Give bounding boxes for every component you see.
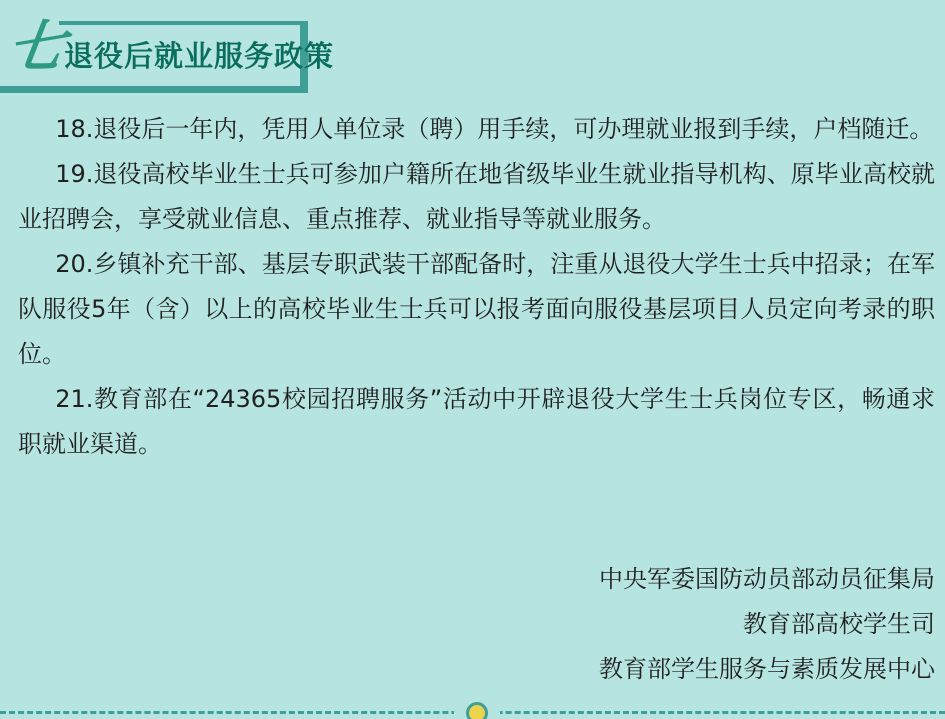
signature-block: 中央军委国防动员部动员征集局 教育部高校学生司 教育部学生服务与素质发展中心 bbox=[599, 557, 935, 692]
title-box-top-border bbox=[59, 21, 308, 25]
policy-paragraph-20: 20.乡镇补充干部、基层专职武装干部配备时，注重从退役大学生士兵中招录；在军队服… bbox=[18, 242, 935, 377]
policy-document-page: 七 退役后就业服务政策 18.退役后一年内，凭用人单位录（聘）用手续，可办理就业… bbox=[0, 0, 945, 719]
policy-paragraph-21: 21.教育部在“24365校园招聘服务”活动中开辟退役大学生士兵岗位专区，畅通求… bbox=[18, 377, 935, 467]
signature-line-2: 教育部高校学生司 bbox=[599, 602, 935, 647]
policy-paragraphs: 18.退役后一年内，凭用人单位录（聘）用手续，可办理就业报到手续，户档随迁。 1… bbox=[18, 107, 935, 467]
signature-line-1: 中央军委国防动员部动员征集局 bbox=[599, 557, 935, 602]
section-number-glyph: 七 bbox=[4, 20, 68, 76]
footer-dot-icon bbox=[466, 702, 488, 719]
policy-paragraph-19: 19.退役高校毕业生士兵可参加户籍所在地省级毕业生就业指导机构、原毕业高校就业招… bbox=[18, 152, 935, 242]
policy-paragraph-18: 18.退役后一年内，凭用人单位录（聘）用手续，可办理就业报到手续，户档随迁。 bbox=[18, 107, 935, 152]
signature-line-3: 教育部学生服务与素质发展中心 bbox=[599, 647, 935, 692]
section-title: 退役后就业服务政策 bbox=[64, 36, 334, 76]
title-box-bottom-border bbox=[0, 86, 308, 93]
